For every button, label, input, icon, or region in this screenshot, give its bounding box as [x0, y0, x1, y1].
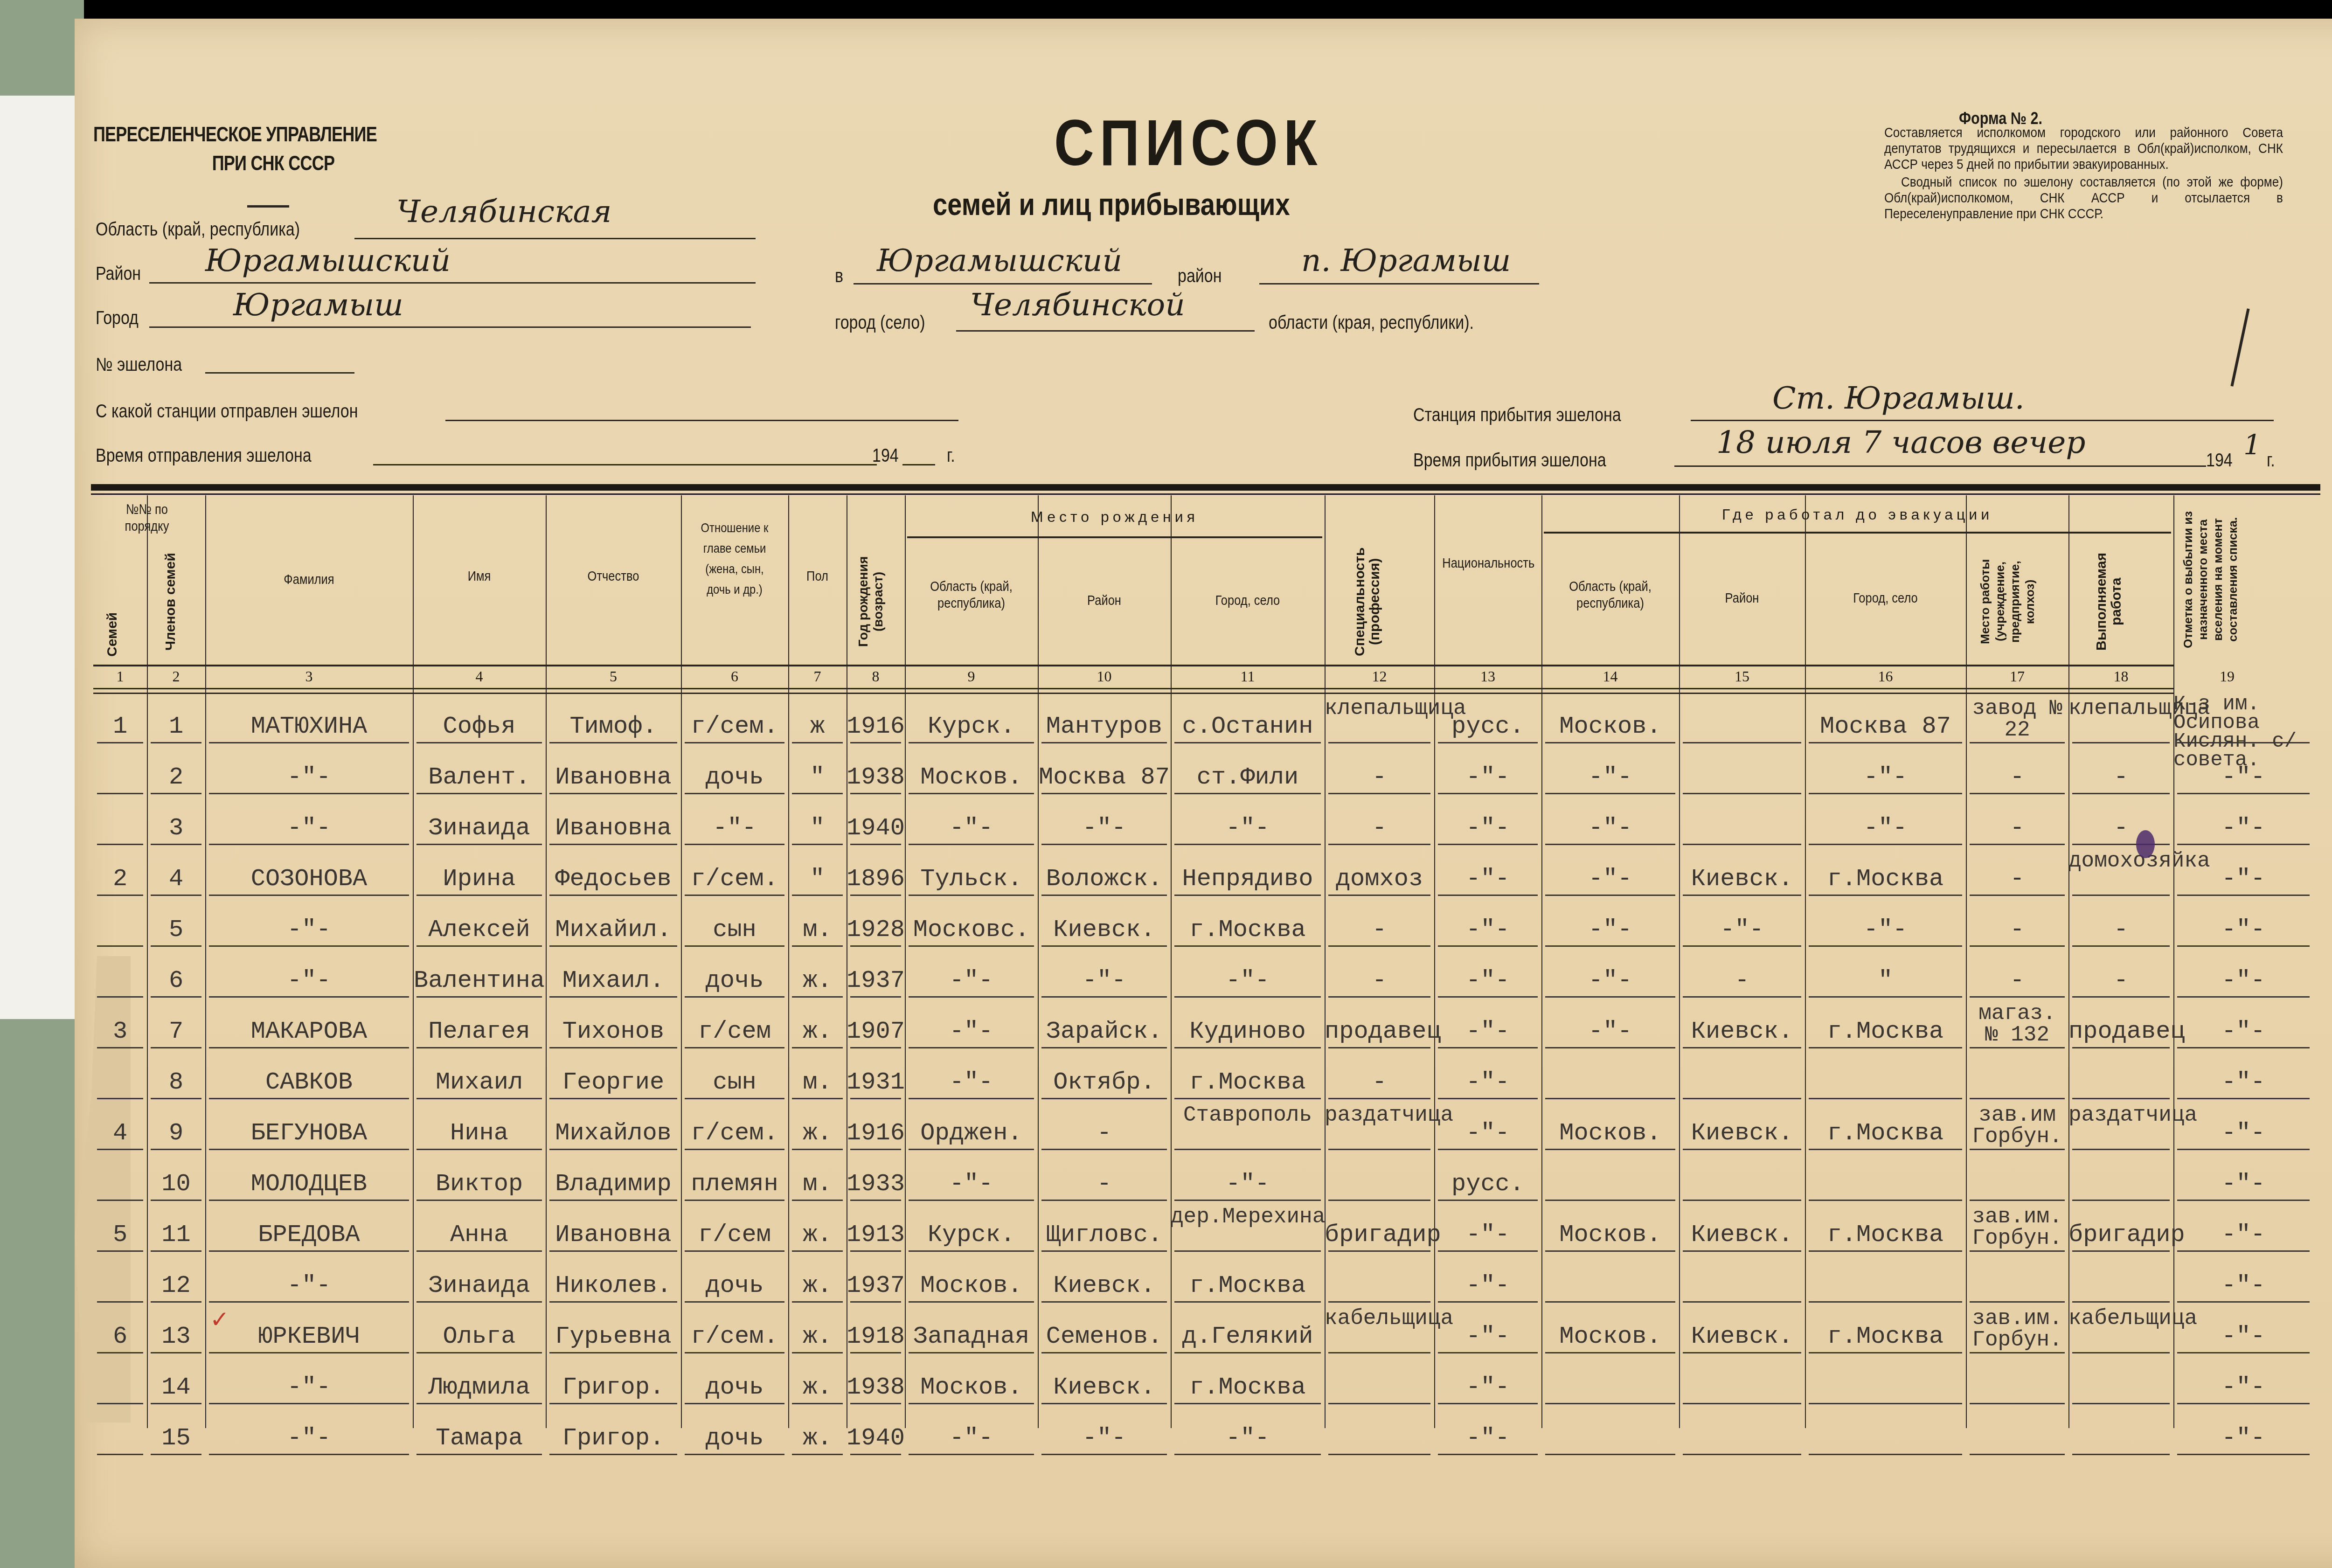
cell-name: Людмила [413, 1374, 546, 1401]
row-rule [209, 1098, 409, 1099]
cell-w-obl: -"- [1541, 814, 1679, 842]
cell-b-obl: Курск. [905, 713, 1038, 740]
row-rule [909, 793, 1034, 794]
col-num-14: 14 [1541, 668, 1679, 685]
row-rule [97, 793, 143, 794]
row-rule [1328, 1250, 1430, 1252]
row-rule [1683, 1454, 1801, 1455]
cell-relation: г/сем. [681, 1119, 788, 1147]
row-rule [850, 742, 901, 743]
cell-nationality: -"- [1434, 1424, 1541, 1452]
row-rule [685, 1200, 784, 1201]
page-title: СПИСОК [1054, 105, 1323, 180]
row-rule [850, 1403, 901, 1404]
row-rule [685, 1301, 784, 1303]
row-rule [416, 1403, 542, 1404]
instructions: Составляется исполкомом городского или р… [1884, 125, 2283, 222]
row-rule [416, 895, 542, 896]
row-rule [2072, 1047, 2170, 1048]
cell-w-job: раздатчица [2068, 1104, 2173, 1126]
row-rule [97, 1250, 143, 1252]
row-rule [1683, 895, 1801, 896]
row-rule [1970, 844, 2065, 845]
row-rule [549, 1352, 677, 1353]
cell-w-job: продавец [2068, 1018, 2173, 1045]
row-rule [549, 844, 677, 845]
row-rule [1438, 1352, 1538, 1353]
row-rule [685, 793, 784, 794]
cell-mem: 13 [147, 1323, 205, 1350]
cell-b-obl: -"- [905, 1170, 1038, 1198]
row-rule [1438, 742, 1538, 743]
row-rule [909, 996, 1034, 998]
cell-relation: дочь [681, 763, 788, 791]
cell-sex: " [788, 865, 847, 893]
row-rule [850, 945, 901, 947]
oblast-gen-field[interactable]: Челябинской [970, 287, 1185, 323]
row-rule [549, 1250, 677, 1252]
row-rule [1174, 996, 1321, 998]
cell-surname: -"- [205, 916, 413, 944]
row-rule [1174, 945, 1321, 947]
row-rule [1545, 1149, 1675, 1150]
col-header-2: Членов семей [163, 541, 191, 662]
row-rule [1174, 1454, 1321, 1455]
row-rule [1970, 1047, 2065, 1048]
row-rule [97, 996, 143, 998]
cell-nationality: -"- [1434, 1323, 1541, 1350]
departure-time-field[interactable] [373, 464, 877, 465]
row-rule [1683, 945, 1801, 947]
row-rule [1683, 1352, 1801, 1353]
cell-name: Валент. [413, 763, 546, 791]
cell-w-place: - [1966, 814, 2068, 842]
header-double-rule [93, 693, 2173, 694]
row-rule [909, 742, 1034, 743]
arrival-station-field[interactable]: Ст. Юргамыш. [1772, 380, 2025, 416]
row-rule [792, 844, 843, 845]
cell-relation: г/сем [681, 1221, 788, 1249]
cell-w-obl: Москов. [1541, 713, 1679, 740]
cell-sex: ж. [788, 1323, 847, 1350]
arrival-station-line [1691, 420, 2274, 421]
cell-name: Валентина [413, 967, 546, 994]
cell-relation: дочь [681, 967, 788, 994]
row-rule [1328, 996, 1430, 998]
cell-year: 1916 [847, 1119, 905, 1147]
row-rule [209, 1200, 409, 1201]
cell-nationality: -"- [1434, 1018, 1541, 1045]
row-rule [549, 1301, 677, 1303]
cell-note: -"- [2173, 865, 2313, 893]
cell-sex: " [788, 763, 847, 791]
row-rule [416, 1250, 542, 1252]
row-rule [97, 844, 143, 845]
row-rule [209, 1454, 409, 1455]
row-rule [416, 1301, 542, 1303]
cell-w-city: -"- [1805, 763, 1966, 791]
cell-sex: " [788, 814, 847, 842]
cell-nationality: -"- [1434, 1374, 1541, 1401]
cell-b-obl: Орджен. [905, 1119, 1038, 1147]
row-rule [1809, 895, 1962, 896]
cell-b-obl: Москов. [905, 763, 1038, 791]
cell-b-city: г.Москва [1171, 1374, 1325, 1401]
cell-nationality: -"- [1434, 865, 1541, 893]
cell-w-place: зав.им. Горбун. [1966, 1308, 2068, 1351]
issuer-line-2: ПРИ СНК СССР [93, 149, 377, 178]
row-rule [2072, 1250, 2170, 1252]
row-rule [685, 1403, 784, 1404]
echelon-no-field[interactable] [205, 372, 354, 374]
row-rule [1174, 1098, 1321, 1099]
col-header-11: Город, село [1182, 592, 1313, 609]
cell-sex: м. [788, 916, 847, 944]
cell-year: 1937 [847, 1272, 905, 1299]
cell-w-job: - [2068, 916, 2173, 944]
row-rule [151, 996, 201, 998]
cell-w-obl: -"- [1541, 865, 1679, 893]
row-rule [1809, 793, 1962, 794]
oblasti-label: области (края, республики). [1269, 312, 1474, 333]
cell-b-city: -"- [1171, 967, 1325, 994]
row-rule [2177, 996, 2310, 998]
col-num-17: 17 [1966, 668, 2068, 685]
row-rule [1328, 1200, 1430, 1201]
cell-profession: продавец [1325, 1018, 1434, 1045]
cell-note: -"- [2173, 814, 2313, 842]
row-rule [2177, 793, 2310, 794]
cell-b-city: г.Москва [1171, 1272, 1325, 1299]
cell-fam: 2 [93, 865, 147, 893]
row-rule [1809, 1047, 1962, 1048]
row-rule [1438, 1047, 1538, 1048]
row-rule [1041, 844, 1167, 845]
cell-w-obl: -"- [1541, 1018, 1679, 1045]
cell-b-city: с.Останин [1171, 713, 1325, 740]
row-rule [151, 742, 201, 743]
col-num-5: 5 [546, 668, 681, 685]
cell-b-obl: Московс. [905, 916, 1038, 944]
issuer-heading: ПЕРЕСЕЛЕНЧЕСКОЕ УПРАВЛЕНИЕ ПРИ СНК СССР [93, 120, 377, 178]
row-rule [1545, 1301, 1675, 1303]
row-rule [416, 1454, 542, 1455]
row-rule [1683, 1250, 1801, 1252]
cell-note: -"- [2173, 1068, 2313, 1096]
row-rule [1683, 1200, 1801, 1201]
departure-year-suffix: г. [947, 445, 955, 466]
row-rule [151, 1200, 201, 1201]
row-rule [209, 1352, 409, 1353]
cell-b-rayon: -"- [1038, 967, 1171, 994]
col-num-9: 9 [905, 668, 1038, 685]
row-rule [549, 1200, 677, 1201]
cell-patronymic: Гурьевна [546, 1323, 681, 1350]
cell-w-city: г.Москва [1805, 1323, 1966, 1350]
cell-name: Алексей [413, 916, 546, 944]
group-rule [1544, 532, 2171, 534]
row-rule [1545, 1047, 1675, 1048]
row-rule [1328, 1301, 1430, 1303]
row-rule [1809, 945, 1962, 947]
cell-sex: м. [788, 1170, 847, 1198]
row-rule [1970, 1454, 2065, 1455]
row-rule [1545, 1098, 1675, 1099]
cell-patronymic: Григор. [546, 1424, 681, 1452]
row-rule [97, 1301, 143, 1303]
row-rule [1438, 844, 1538, 845]
row-rule [909, 895, 1034, 896]
cell-profession: домхоз [1325, 865, 1434, 893]
row-rule [97, 945, 143, 947]
cell-mem: 8 [147, 1068, 205, 1096]
settlement-field[interactable]: п. Юргамыш [1301, 243, 1511, 278]
row-rule [1041, 996, 1167, 998]
departure-station-field[interactable] [445, 420, 958, 421]
col-header-1: Семей [105, 606, 133, 662]
cell-surname: МАКАРОВА [205, 1018, 413, 1045]
row-rule [2072, 793, 2170, 794]
echelon-no-label: № эшелона [96, 354, 182, 375]
cell-profession: раздатчица [1325, 1104, 1434, 1126]
row-rule [1041, 1149, 1167, 1150]
cell-w-rayon: Киевск. [1679, 865, 1805, 893]
v-rayon-field[interactable]: Юргамышский [877, 243, 1122, 278]
cell-patronymic: Григор. [546, 1374, 681, 1401]
row-rule [909, 1200, 1034, 1201]
row-rule [1041, 1403, 1167, 1404]
gorod-label: Город [96, 308, 139, 329]
row-rule [549, 996, 677, 998]
row-rule [1438, 1301, 1538, 1303]
cell-b-rayon: Воложск. [1038, 865, 1171, 893]
row-rule [151, 1403, 201, 1404]
row-rule [2072, 1149, 2170, 1150]
cell-w-place: - [1966, 916, 2068, 944]
col-header-12: Специальность (профессия) [1353, 541, 1399, 662]
cell-b-rayon: -"- [1038, 1424, 1171, 1452]
row-rule [209, 1301, 409, 1303]
cell-surname: МАТЮХИНА [205, 713, 413, 740]
row-rule [549, 945, 677, 947]
cell-mem: 3 [147, 814, 205, 842]
col-header-14: Область (край, республика) [1552, 578, 1669, 612]
cell-patronymic: Ивановна [546, 814, 681, 842]
row-rule [151, 895, 201, 896]
row-rule [850, 844, 901, 845]
row-rule [1328, 895, 1430, 896]
row-rule [549, 793, 677, 794]
cell-note: -"- [2173, 1018, 2313, 1045]
departure-year-prefix: 194 [872, 445, 899, 466]
cell-w-job: - [2068, 763, 2173, 791]
cell-w-city: г.Москва [1805, 1221, 1966, 1249]
row-rule [685, 996, 784, 998]
row-rule [792, 1454, 843, 1455]
row-rule [97, 1454, 143, 1455]
row-rule [792, 1301, 843, 1303]
row-rule [792, 1200, 843, 1201]
row-rule [1970, 1403, 2065, 1404]
row-rule [909, 1098, 1034, 1099]
row-rule [151, 1250, 201, 1252]
row-rule [1438, 1250, 1538, 1252]
row-rule [1041, 1250, 1167, 1252]
row-rule [549, 895, 677, 896]
cell-surname: БРЕДОВА [205, 1221, 413, 1249]
cell-year: 1938 [847, 1374, 905, 1401]
cell-name: Михаил [413, 1068, 546, 1096]
rayon-field[interactable]: Юргамышский [205, 243, 451, 278]
cell-relation: сын [681, 916, 788, 944]
cell-fam: 1 [93, 713, 147, 740]
row-rule [1683, 1301, 1801, 1303]
cell-profession: - [1325, 916, 1434, 944]
row-rule [1041, 1352, 1167, 1353]
cell-b-city: -"- [1171, 1170, 1325, 1198]
row-rule [1174, 1047, 1321, 1048]
cell-w-city: г.Москва [1805, 1018, 1966, 1045]
cell-name: Тамара [413, 1424, 546, 1452]
cell-mem: 7 [147, 1018, 205, 1045]
cell-w-job: клепальщица [2068, 698, 2173, 719]
row-rule [1174, 1149, 1321, 1150]
row-rule [1438, 996, 1538, 998]
cell-patronymic: Тимоф. [546, 713, 681, 740]
row-rule [1174, 1250, 1321, 1252]
cell-mem: 10 [147, 1170, 205, 1198]
arrival-time-label: Время прибытия эшелона [1413, 450, 1606, 471]
cell-mem: 14 [147, 1374, 205, 1401]
cell-note: -"- [2173, 1374, 2313, 1401]
cell-b-obl: -"- [905, 1068, 1038, 1096]
row-rule [209, 1047, 409, 1048]
row-rule [416, 996, 542, 998]
row-rule [1809, 996, 1962, 998]
col-divider [1805, 495, 1806, 1428]
cell-patronymic: Михайлов [546, 1119, 681, 1147]
row-rule [1970, 1301, 2065, 1303]
row-rule [151, 1301, 201, 1303]
row-rule [209, 1403, 409, 1404]
row-rule [1174, 1200, 1321, 1201]
arrival-year-prefix: 194 [2206, 450, 2233, 471]
cell-b-city: дер.Мерехина [1171, 1206, 1325, 1228]
cell-relation: дочь [681, 1272, 788, 1299]
row-rule [549, 1047, 677, 1048]
gorod-field[interactable]: Юргамыш [233, 287, 403, 323]
row-rule [1328, 1352, 1430, 1353]
cell-w-city: Москва 87 [1805, 713, 1966, 740]
row-rule [2072, 945, 2170, 947]
cell-w-job: - [2068, 814, 2173, 842]
row-rule [2177, 1454, 2310, 1455]
row-rule [850, 1098, 901, 1099]
cell-w-place: магаз. № 132 [1966, 1003, 2068, 1046]
arrival-time-field[interactable]: 18 июля 7 часов вечер [1716, 424, 2086, 460]
col-header-8: Год рождения (возраст) [856, 541, 898, 662]
instruction-1: Составляется исполкомом городского или р… [1884, 125, 2283, 173]
cell-profession: бригадир [1325, 1221, 1434, 1249]
cell-mem: 15 [147, 1424, 205, 1452]
row-rule [1438, 895, 1538, 896]
row-rule [1809, 1454, 1962, 1455]
row-rule [2177, 742, 2310, 743]
cell-nationality: русс. [1434, 1170, 1541, 1198]
col-num-3: 3 [205, 668, 413, 685]
row-rule [1683, 1403, 1801, 1404]
row-rule [792, 945, 843, 947]
cell-surname: -"- [205, 1374, 413, 1401]
cell-note: -"- [2173, 916, 2313, 944]
row-rule [151, 1352, 201, 1353]
cell-nationality: -"- [1434, 1272, 1541, 1299]
row-rule [97, 1352, 143, 1353]
row-rule [1328, 1454, 1430, 1455]
cell-surname: САВКОВ [205, 1068, 413, 1096]
cell-patronymic: Николев. [546, 1272, 681, 1299]
row-rule [209, 742, 409, 743]
row-rule [1809, 1352, 1962, 1353]
row-rule [792, 1098, 843, 1099]
row-rule [1970, 1200, 2065, 1201]
cell-note: -"- [2173, 1170, 2313, 1198]
cell-note: -"- [2173, 1119, 2313, 1147]
cell-b-rayon: Киевск. [1038, 1374, 1171, 1401]
row-rule [1041, 1098, 1167, 1099]
col-divider [1966, 495, 1967, 1428]
row-rule [850, 1301, 901, 1303]
row-rule [1174, 1352, 1321, 1353]
arrival-year-suffix: г. [2267, 450, 2275, 471]
cell-b-obl: Москов. [905, 1374, 1038, 1401]
cell-surname: -"- [205, 814, 413, 842]
row-rule [1545, 895, 1675, 896]
departure-year-field[interactable] [902, 464, 935, 465]
row-rule [1970, 1149, 2065, 1150]
row-rule [909, 945, 1034, 947]
cell-b-city: Кудиново [1171, 1018, 1325, 1045]
cell-note: -"- [2173, 1323, 2313, 1350]
cell-mem: 5 [147, 916, 205, 944]
cell-b-rayon: Киевск. [1038, 916, 1171, 944]
row-rule [1809, 742, 1962, 743]
rayon-word: район [1178, 266, 1222, 287]
cell-mem: 11 [147, 1221, 205, 1249]
header-bottom-rule [93, 665, 2173, 666]
cell-year: 1896 [847, 865, 905, 893]
row-rule [850, 1454, 901, 1455]
row-rule [909, 844, 1034, 845]
row-rule [850, 1047, 901, 1048]
row-rule [850, 1250, 901, 1252]
cell-relation: г/сем. [681, 1323, 788, 1350]
row-rule [151, 1047, 201, 1048]
instruction-2: Сводный список по эшелону составляется (… [1884, 174, 2283, 222]
cell-b-rayon: Мантуров [1038, 713, 1171, 740]
col-num-13: 13 [1434, 668, 1541, 685]
col-header-7: Пол [792, 568, 842, 585]
row-rule [2177, 1352, 2310, 1353]
arrival-year-field[interactable]: 1 [2243, 429, 2261, 462]
row-rule [97, 895, 143, 896]
row-rule [1809, 844, 1962, 845]
cell-year: 1933 [847, 1170, 905, 1198]
cell-w-rayon: - [1679, 967, 1805, 994]
oblast-field[interactable]: Челябинская [396, 194, 611, 229]
cell-w-job: бригадир [2068, 1221, 2173, 1249]
cell-b-city: -"- [1171, 814, 1325, 842]
